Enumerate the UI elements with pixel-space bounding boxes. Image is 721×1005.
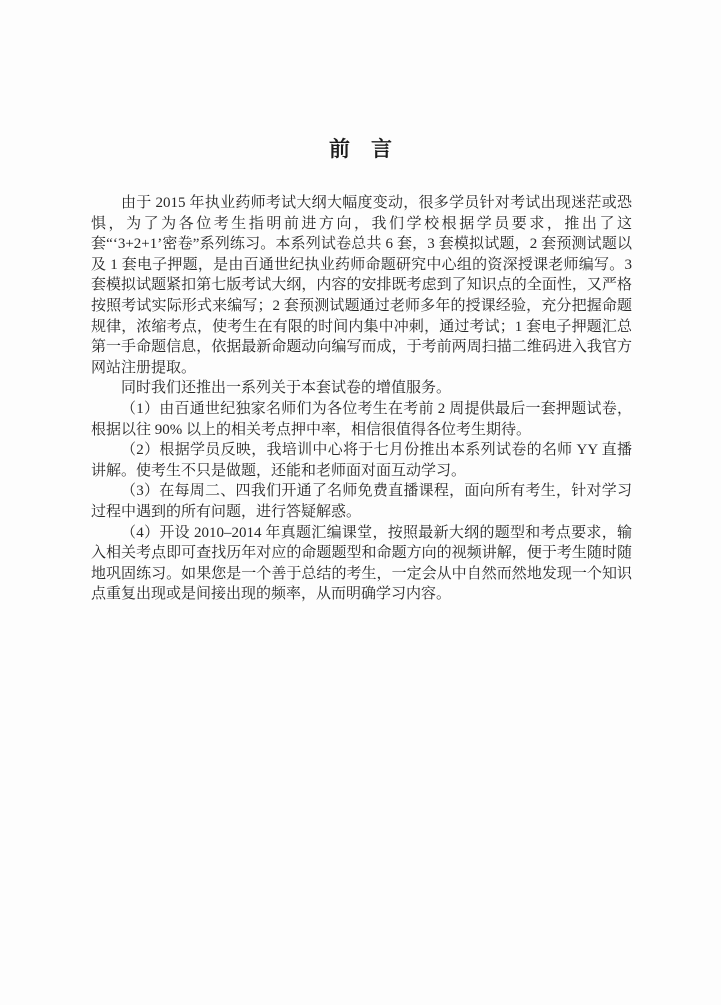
paragraph-service-1: （1）由百通世纪独家名师们为各位考生在考前 2 周提供最后一套押题试卷，根据以往… bbox=[91, 399, 632, 440]
page-title: 前 言 bbox=[0, 133, 721, 163]
paragraph-services-lead: 同时我们还推出一系列关于本套试卷的增值服务。 bbox=[91, 378, 632, 399]
paragraph-service-3: （3）在每周二、四我们开通了名师免费直播课程，面向所有考生，针对学习过程中遇到的… bbox=[91, 481, 632, 522]
document-page: 前 言 由于 2015 年执业药师考试大纲大幅度变动，很多学员针对考试出现迷茫或… bbox=[0, 0, 721, 1005]
preface-body: 由于 2015 年执业药师考试大纲大幅度变动，很多学员针对考试出现迷茫或恐惧，为… bbox=[91, 193, 632, 605]
paragraph-service-4: （4）开设 2010–2014 年真题汇编课堂，按照最新大纲的题型和考点要求，输… bbox=[91, 523, 632, 605]
paragraph-intro: 由于 2015 年执业药师考试大纲大幅度变动，很多学员针对考试出现迷茫或恐惧，为… bbox=[91, 193, 632, 378]
paragraph-service-2: （2）根据学员反映，我培训中心将于七月份推出本系列试卷的名师 YY 直播讲解。使… bbox=[91, 440, 632, 481]
